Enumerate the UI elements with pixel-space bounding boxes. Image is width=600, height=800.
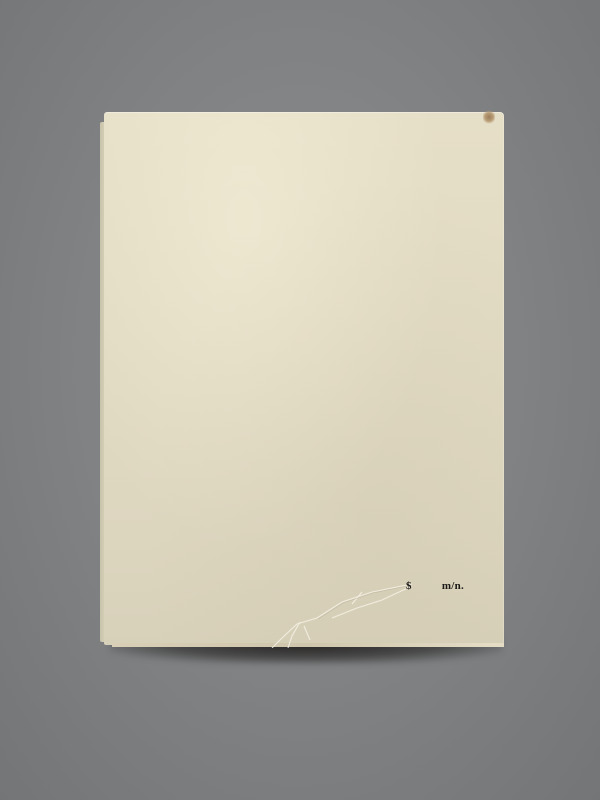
- book-back-cover: [104, 112, 504, 645]
- price-currency: $: [406, 580, 412, 592]
- price-unit: m/n.: [442, 580, 464, 592]
- corner-wear-mark: [483, 110, 495, 124]
- price-label: $ m/n.: [406, 580, 464, 592]
